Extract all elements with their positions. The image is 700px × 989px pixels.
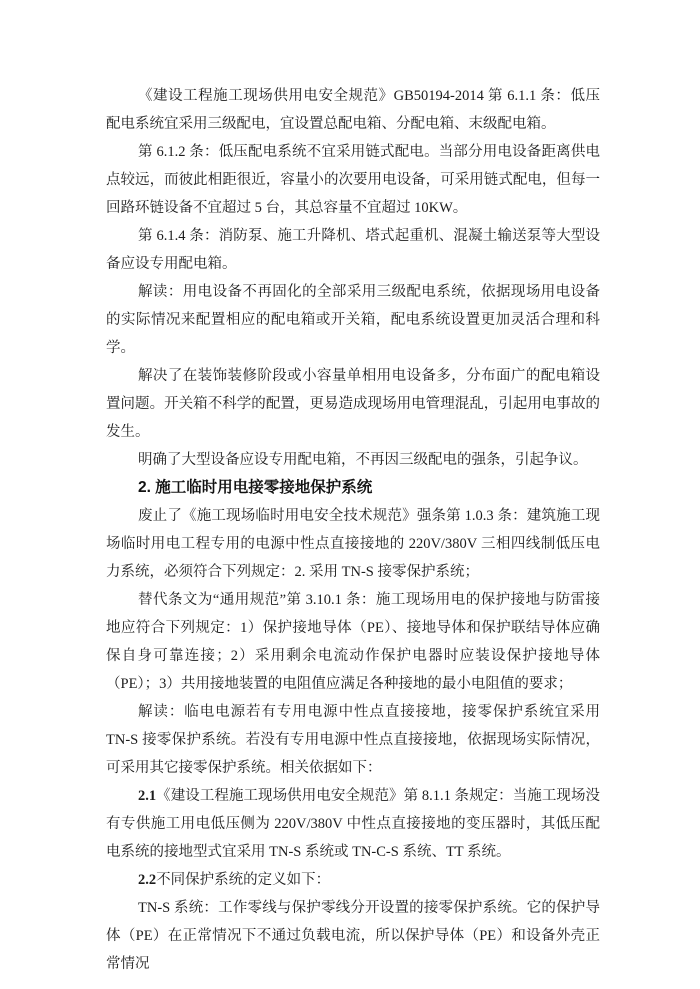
document-page: 《建设工程施工现场供用电安全规范》GB50194-2014 第 6.1.1 条：… [0,0,700,989]
document-paragraph: 替代条文为“通用规范”第 3.10.1 条：施工现场用电的保护接地与防雷接地应符… [106,586,600,698]
document-paragraph: 2.2不同保护系统的定义如下： [106,866,600,894]
paragraph-text: 解决了在装饰装修阶段或小容量单相用电设备多，分布面广的配电箱设置问题。开关箱不科… [106,368,600,440]
document-paragraph: 废止了《施工现场临时用电安全技术规范》强条第 1.0.3 条：建筑施工现场临时用… [106,502,600,586]
document-paragraph: TN-S 系统：工作零线与保护零线分开设置的接零保护系统。它的保护导体（PE）在… [106,894,600,978]
paragraph-text: 明确了大型设备应设专用配电箱，不再因三级配电的强条，引起争议。 [138,452,588,468]
document-paragraph: 解决了在装饰装修阶段或小容量单相用电设备多，分布面广的配电箱设置问题。开关箱不科… [106,362,600,446]
paragraph-text: 废止了《施工现场临时用电安全技术规范》强条第 1.0.3 条：建筑施工现场临时用… [106,508,600,580]
document-paragraph: 《建设工程施工现场供用电安全规范》GB50194-2014 第 6.1.1 条：… [106,82,600,138]
paragraph-text: 《建设工程施工现场供用电安全规范》第 8.1.1 条规定：当施工现场没有专供施工… [106,788,600,860]
paragraph-text: TN-S 系统：工作零线与保护零线分开设置的接零保护系统。它的保护导体（PE）在… [106,900,600,972]
section-heading: 2. 施工临时用电接零接地保护系统 [106,474,600,502]
clause-number: 2.1 [138,788,156,804]
paragraph-text: 第 6.1.2 条：低压配电系统不宜采用链式配电。当部分用电设备距离供电点较远，… [106,144,600,216]
document-paragraph: 解读：临电电源若有专用电源中性点直接接地，接零保护系统宜采用 TN-S 接零保护… [106,698,600,782]
clause-number: 2.2 [138,872,156,888]
document-paragraph: 明确了大型设备应设专用配电箱，不再因三级配电的强条，引起争议。 [106,446,600,474]
document-paragraph: 2.1《建设工程施工现场供用电安全规范》第 8.1.1 条规定：当施工现场没有专… [106,782,600,866]
document-paragraph: 第 6.1.4 条：消防泵、施工升降机、塔式起重机、混凝土输送泵等大型设备应设专… [106,222,600,278]
paragraph-text: 第 6.1.4 条：消防泵、施工升降机、塔式起重机、混凝土输送泵等大型设备应设专… [106,228,600,272]
paragraph-text: 替代条文为“通用规范”第 3.10.1 条：施工现场用电的保护接地与防雷接地应符… [106,592,600,692]
paragraph-text: 不同保护系统的定义如下： [156,872,330,888]
paragraph-text: 《建设工程施工现场供用电安全规范》GB50194-2014 第 6.1.1 条：… [106,88,600,132]
section-heading-text: 2. 施工临时用电接零接地保护系统 [138,479,372,496]
paragraph-text: 解读：用电设备不再固化的全部采用三级配电系统，依据现场用电设备的实际情况来配置相… [106,284,600,356]
paragraph-text: 解读：临电电源若有专用电源中性点直接接地，接零保护系统宜采用 TN-S 接零保护… [106,704,600,776]
document-content: 《建设工程施工现场供用电安全规范》GB50194-2014 第 6.1.1 条：… [106,82,600,978]
document-paragraph: 解读：用电设备不再固化的全部采用三级配电系统，依据现场用电设备的实际情况来配置相… [106,278,600,362]
document-paragraph: 第 6.1.2 条：低压配电系统不宜采用链式配电。当部分用电设备距离供电点较远，… [106,138,600,222]
